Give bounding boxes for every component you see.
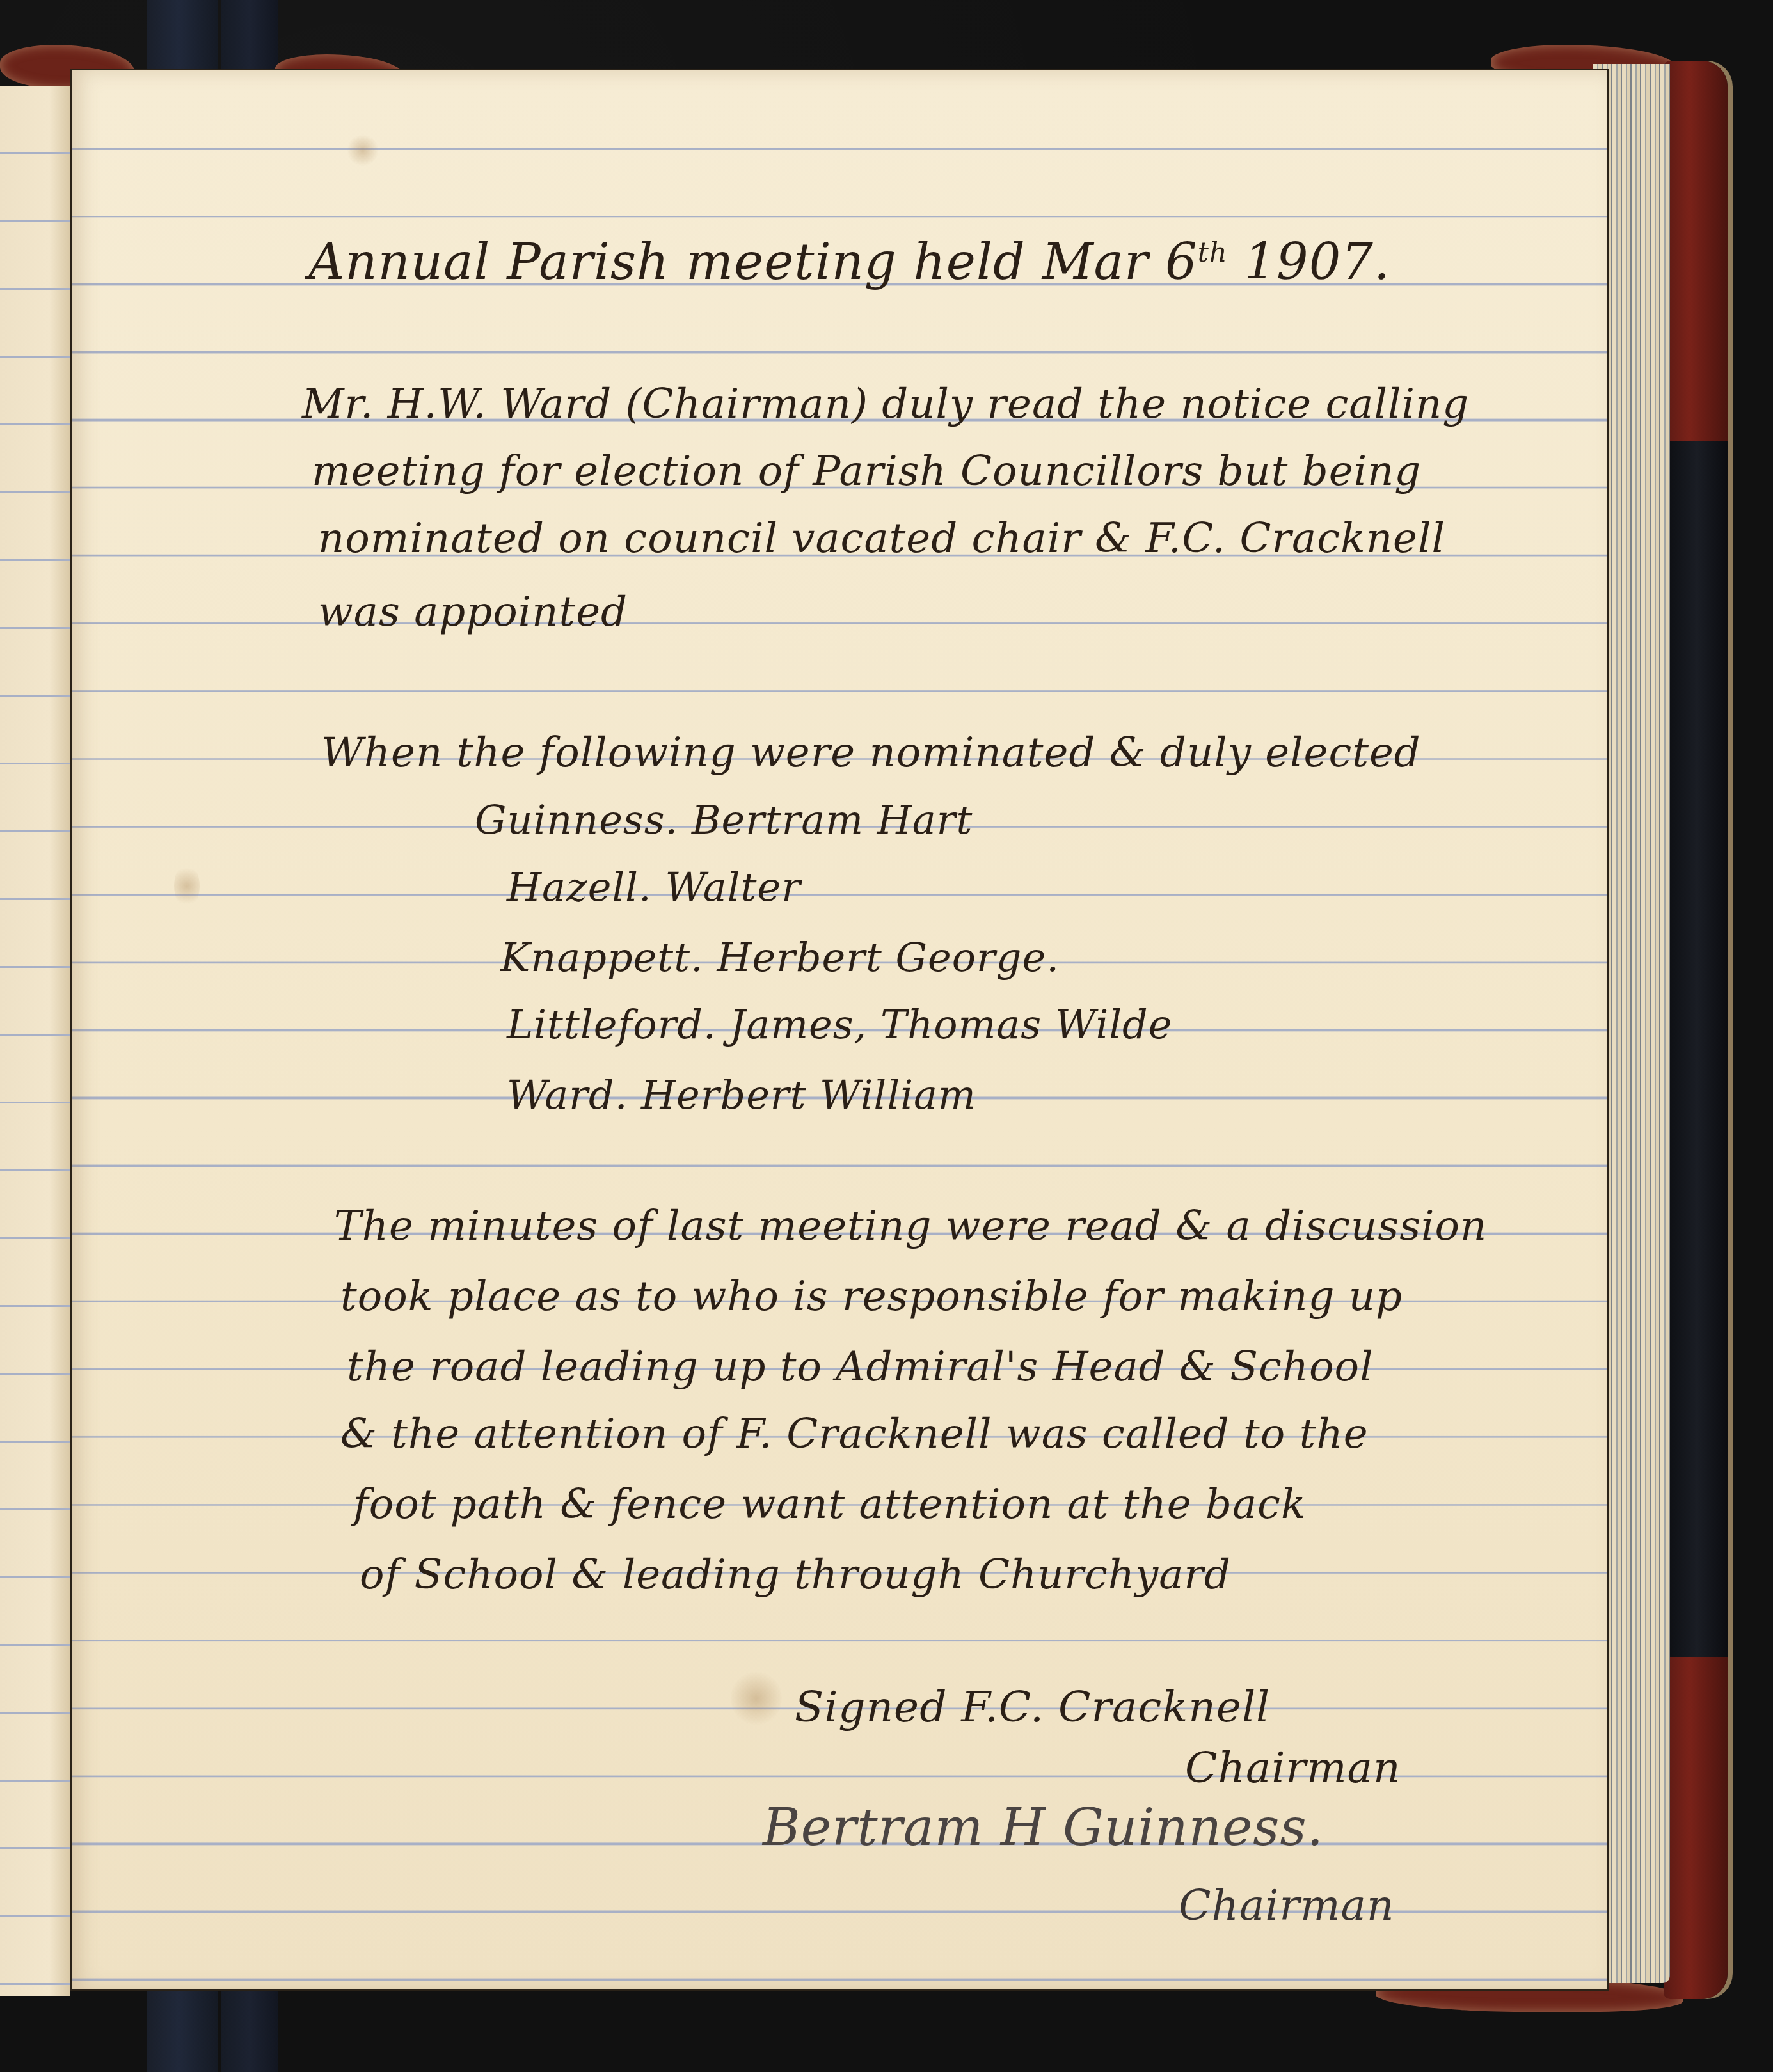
elected-member: Littleford. James, Thomas Wilde: [507, 1001, 1172, 1048]
page-title: Annual Parish meeting held Mar 6th 1907.: [308, 233, 1390, 291]
elected-member: Ward. Herbert William: [507, 1072, 976, 1118]
minutes-line: The minutes of last meeting were read & …: [334, 1203, 1487, 1250]
elected-member: Hazell. Walter: [507, 864, 801, 910]
elected-member: Guinness. Bertram Hart: [475, 796, 973, 843]
foxing-stain: [347, 134, 379, 166]
left-page-sliver: [0, 86, 70, 1996]
minutes-line: & the attention of F. Cracknell was call…: [340, 1411, 1369, 1458]
minutes-line: nominated on council vacated chair & F.C…: [318, 515, 1445, 562]
nomination-intro: When the following were nominated & duly…: [321, 729, 1421, 777]
minutes-line: Mr. H.W. Ward (Chairman) duly read the n…: [302, 381, 1469, 428]
ledger-page: Annual Parish meeting held Mar 6th 1907.…: [72, 70, 1607, 1989]
signature-role: Chairman: [1179, 1881, 1394, 1930]
elected-member: Knappett. Herbert George.: [500, 934, 1060, 981]
minutes-line: was appointed: [318, 589, 628, 636]
signature-guinness: Bertram H Guinness.: [763, 1798, 1324, 1857]
foxing-stain: [731, 1670, 782, 1727]
minutes-line: the road leading up to Admiral's Head & …: [347, 1343, 1374, 1391]
signature-role: Chairman: [1185, 1743, 1401, 1792]
book-cover-black-cloth: [1667, 441, 1728, 1657]
minutes-line: meeting for election of Parish Councillo…: [312, 448, 1421, 495]
minutes-line: took place as to who is responsible for …: [340, 1273, 1403, 1320]
minutes-line: of School & leading through Churchyard: [360, 1551, 1231, 1599]
minutes-line: foot path & fence want attention at the …: [353, 1481, 1307, 1528]
foxing-stain: [174, 864, 200, 908]
signature-cracknell: Signed F.C. Cracknell: [795, 1682, 1270, 1732]
